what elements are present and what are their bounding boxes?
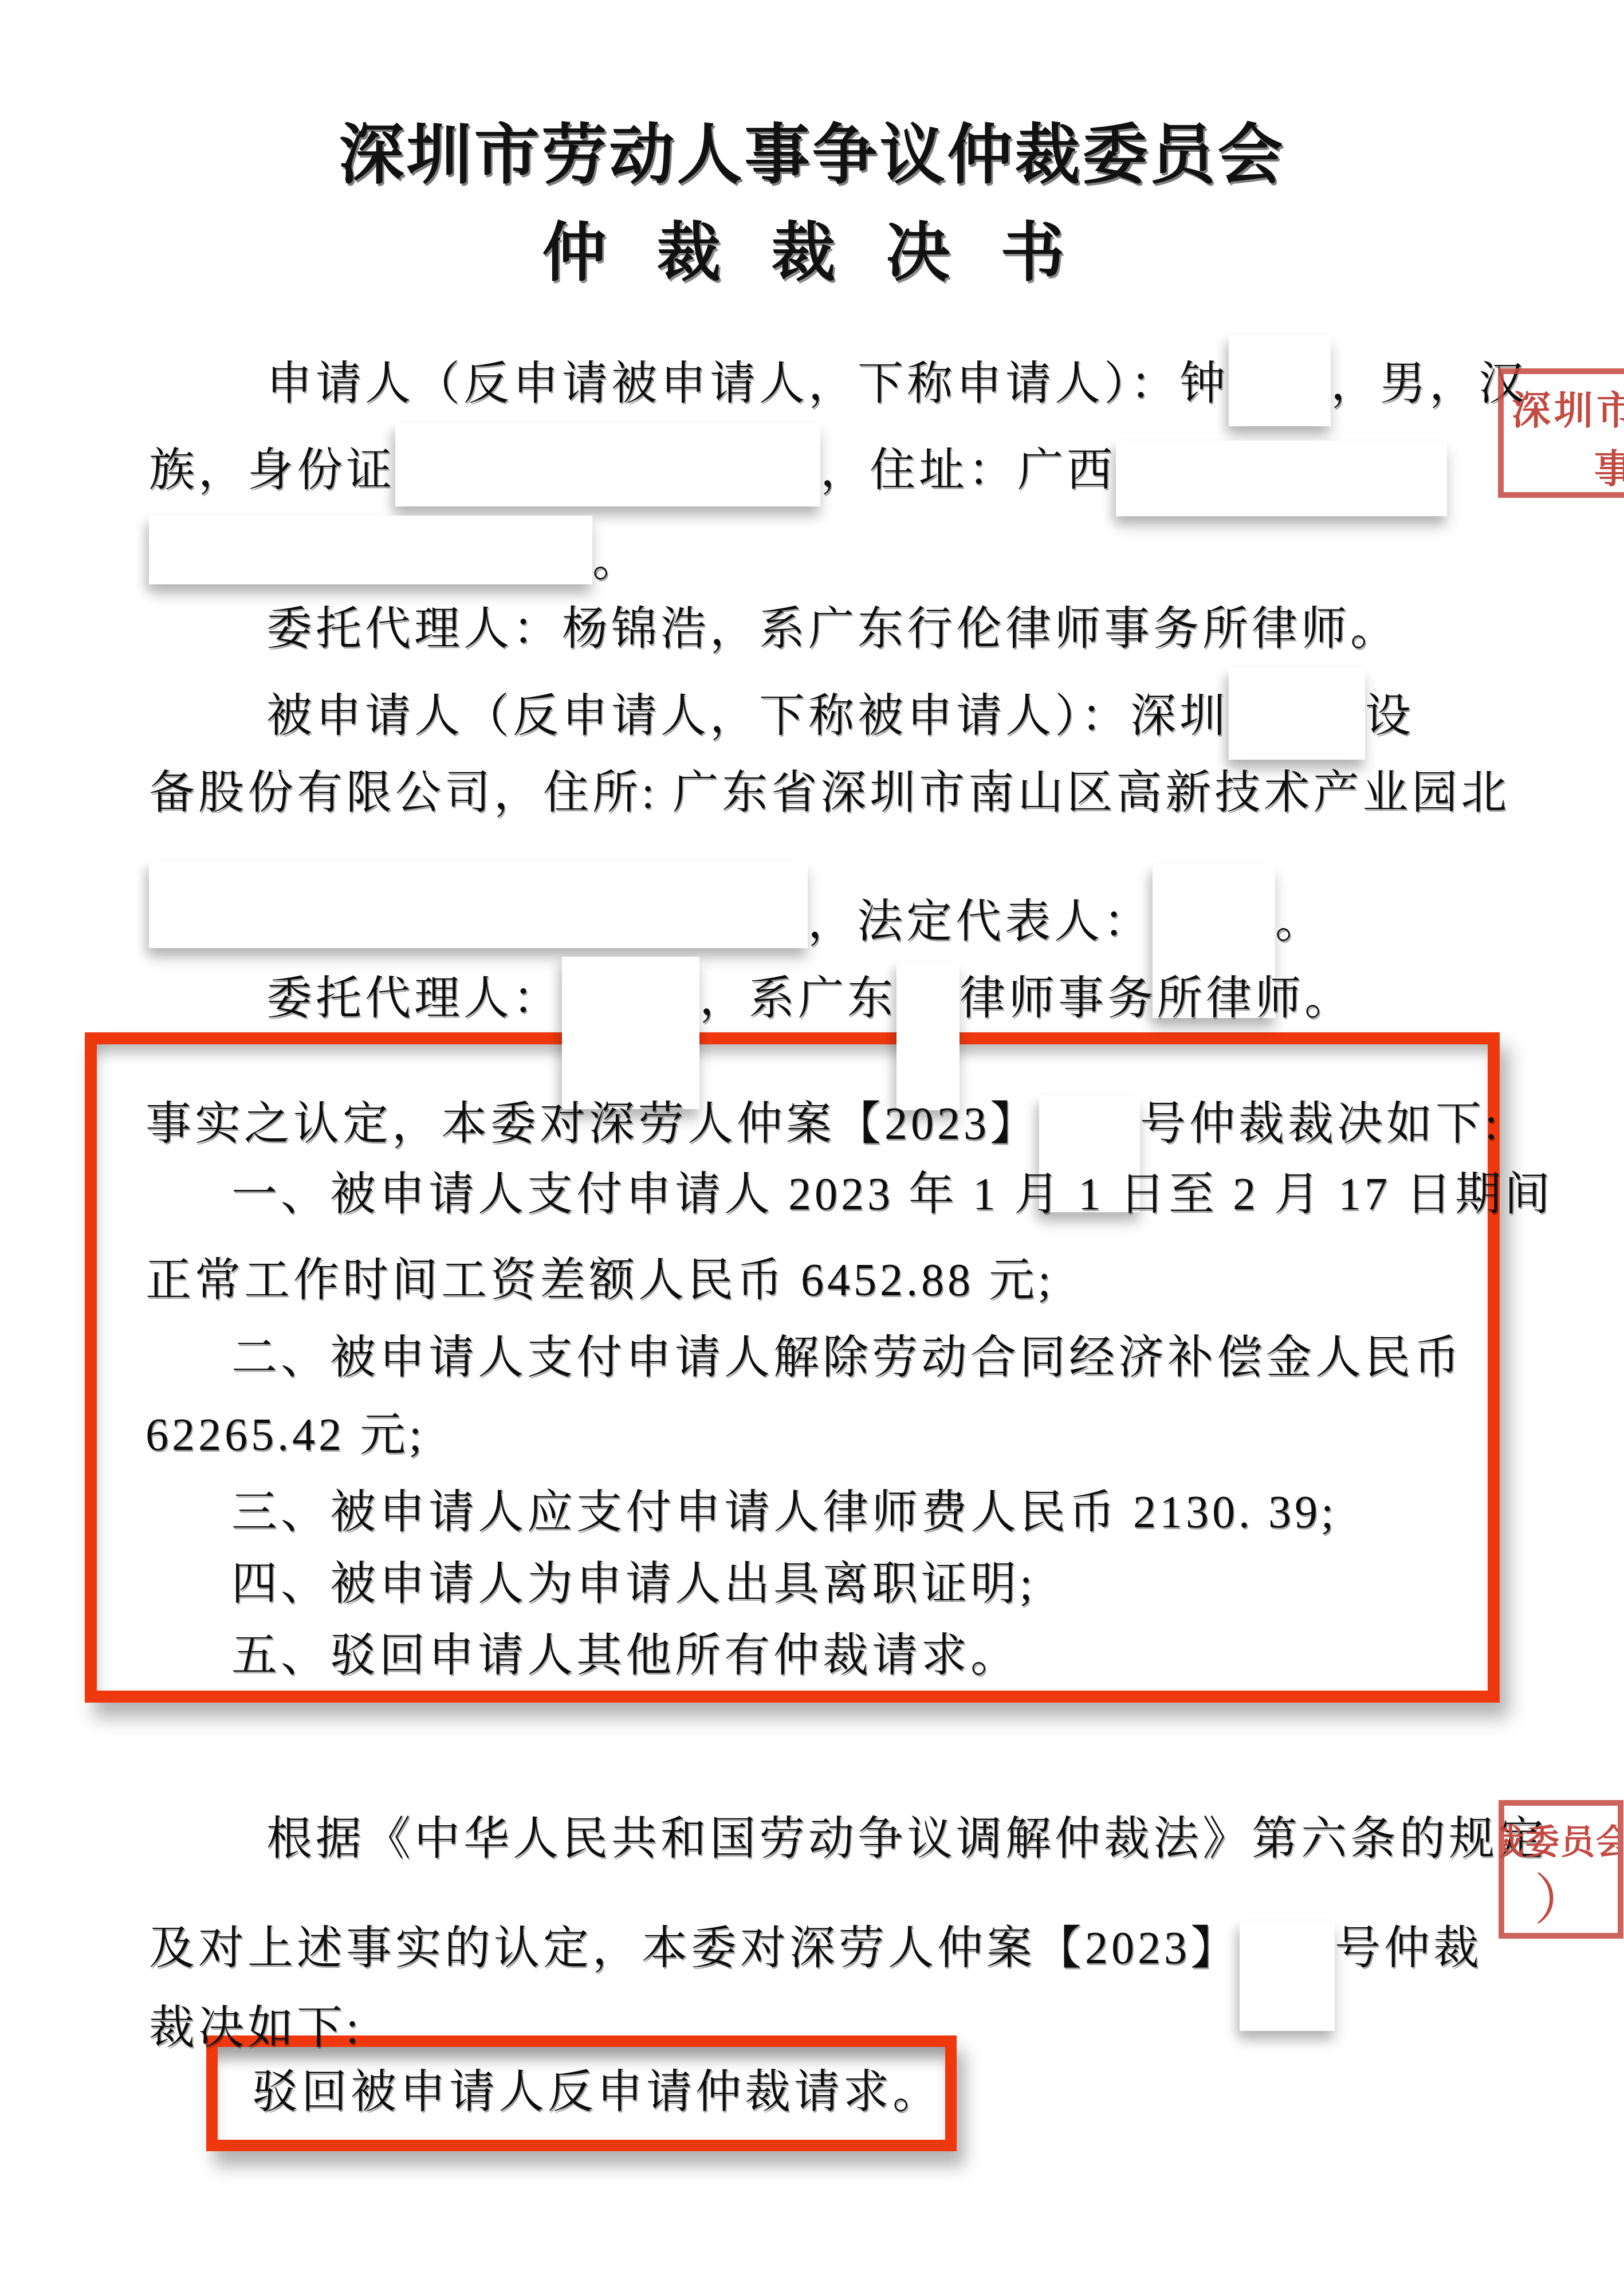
redaction-box xyxy=(1240,1921,1335,2031)
document-org-title: 深圳市劳动人事争议仲裁委员会 xyxy=(0,102,1624,196)
award-intro-a: 事实之认定，本委对深劳人仲案【2023】 xyxy=(146,1099,1039,1149)
counterclaim-ruling: 驳回被申请人反申请仲裁请求。 xyxy=(252,2067,942,2117)
p3l1-a: 被申请人（反申请人，下称被申请人）：深圳 xyxy=(266,691,1229,741)
award-item1-l1: 一、被申请人支付申请人 2023 年 1 月 1 日至 2 月 17 日期间 xyxy=(231,1169,1554,1220)
official-stamp-partial-top: 深圳市劳 事 xyxy=(1498,368,1624,498)
party-line-respondent-agent: 委托代理人：，系广东律师事务所律师。 xyxy=(149,927,1354,998)
award-item1-l2: 正常工作时间工资差额人民币 6452.88 元; xyxy=(146,1255,1054,1306)
p1l3-a: 。 xyxy=(592,535,642,585)
document-type-title: 仲 裁 裁 决 书 xyxy=(0,202,1624,294)
award-item3: 三、被申请人应支付申请人律师费人民币 2130. 39; xyxy=(231,1487,1337,1538)
award-item5: 五、驳回申请人其他所有仲裁请求。 xyxy=(231,1630,1020,1681)
arbitration-award-document: 深圳市劳动人事争议仲裁委员会 仲 裁 裁 决 书 申请人（反申请被申请人，下称申… xyxy=(0,0,1624,2295)
ruling-l2-b: 号仲裁 xyxy=(1335,1923,1483,1974)
redaction-box xyxy=(149,516,592,584)
redaction-box xyxy=(395,423,820,506)
award-item-5: 五、驳回申请人其他所有仲裁请求。 xyxy=(146,1620,1020,1691)
p4-c: 律师事务所律师。 xyxy=(960,973,1354,1024)
p4-a: 委托代理人： xyxy=(266,973,562,1024)
party-line-applicant-3: 。 xyxy=(149,525,642,596)
p1l2-b: ，住址：广西 xyxy=(820,445,1116,496)
counterclaim-ruling-line: 驳回被申请人反申请仲裁请求。 xyxy=(252,2057,942,2128)
award-item-1-line-1: 一、被申请人支付申请人 2023 年 1 月 1 日至 2 月 17 日期间 xyxy=(146,1159,1554,1230)
ruling-line-2: 及对上述事实的认定，本委对深劳人仲案【2023】号仲裁 xyxy=(149,1898,1483,1969)
award-intro-b: 号仲裁裁决如下: xyxy=(1140,1099,1501,1149)
ruling-line-3: 裁决如下: xyxy=(149,1993,362,2064)
stamp-top-row-1: 深圳市劳 xyxy=(1512,380,1624,435)
p3l2: 备股份有限公司，住所: 广东省深圳市南山区高新技术产业园北 xyxy=(149,768,1510,818)
ruling-l2-a: 及对上述事实的认定，本委对深劳人仲案【2023】 xyxy=(149,1923,1240,1974)
award-item-3: 三、被申请人应支付申请人律师费人民币 2130. 39; xyxy=(146,1477,1337,1548)
redaction-box xyxy=(1116,441,1447,516)
award-item-1-line-2: 正常工作时间工资差额人民币 6452.88 元; xyxy=(146,1245,1054,1316)
p1l2-a: 族，身份证 xyxy=(149,445,395,496)
redaction-box xyxy=(1229,335,1331,426)
award-item-2-line-1: 二、被申请人支付申请人解除劳动合同经济补偿金人民币 xyxy=(146,1322,1463,1393)
ruling-l3: 裁决如下: xyxy=(149,2003,362,2053)
p1l1-a: 申请人（反申请被申请人，下称申请人）：钟 xyxy=(266,359,1229,409)
award-intro-line: 事实之认定，本委对深劳人仲案【2023】号仲裁裁决如下: xyxy=(146,1070,1501,1141)
party-line-applicant-1: 申请人（反申请被申请人，下称申请人）：钟，男，汉 xyxy=(149,343,1528,414)
p2: 委托代理人：杨锦浩，系广东行伦律师事务所律师。 xyxy=(266,604,1399,654)
award-item-4: 四、被申请人为申请人出具离职证明; xyxy=(146,1549,1036,1620)
ruling-line-1: 根据《中华人民共和国劳动争议调解仲裁法》第六条的规定 xyxy=(149,1803,1547,1874)
party-line-applicant-2: 族，身份证，住址：广西 xyxy=(149,433,1447,504)
party-line-respondent-2: 备股份有限公司，住所: 广东省深圳市南山区高新技术产业园北 xyxy=(149,757,1510,828)
p4-b: ，系广东 xyxy=(699,973,896,1024)
stamp-top-row-2: 事 xyxy=(1594,438,1624,494)
ruling-l1: 根据《中华人民共和国劳动争议调解仲裁法》第六条的规定 xyxy=(266,1814,1547,1864)
party-line-respondent-1: 被申请人（反申请人，下称被申请人）：深圳设 xyxy=(149,675,1414,746)
award-item2-l2: 62265.42 元; xyxy=(146,1410,425,1460)
award-item4: 四、被申请人为申请人出具离职证明; xyxy=(231,1559,1036,1609)
award-item-2-line-2: 62265.42 元; xyxy=(146,1400,425,1471)
p3l1-b: 设 xyxy=(1365,691,1414,741)
party-line-applicant-agent: 委托代理人：杨锦浩，系广东行伦律师事务所律师。 xyxy=(149,594,1399,665)
award-item2-l1: 二、被申请人支付申请人解除劳动合同经济补偿金人民币 xyxy=(231,1333,1463,1383)
redaction-box xyxy=(1229,668,1365,760)
official-stamp-partial-bottom: 裁委员会 ） xyxy=(1499,1800,1623,1939)
stamp-bottom-row-2: ） xyxy=(1534,1856,1589,1935)
party-line-respondent-3: ，法定代表人：。 xyxy=(149,850,1324,921)
